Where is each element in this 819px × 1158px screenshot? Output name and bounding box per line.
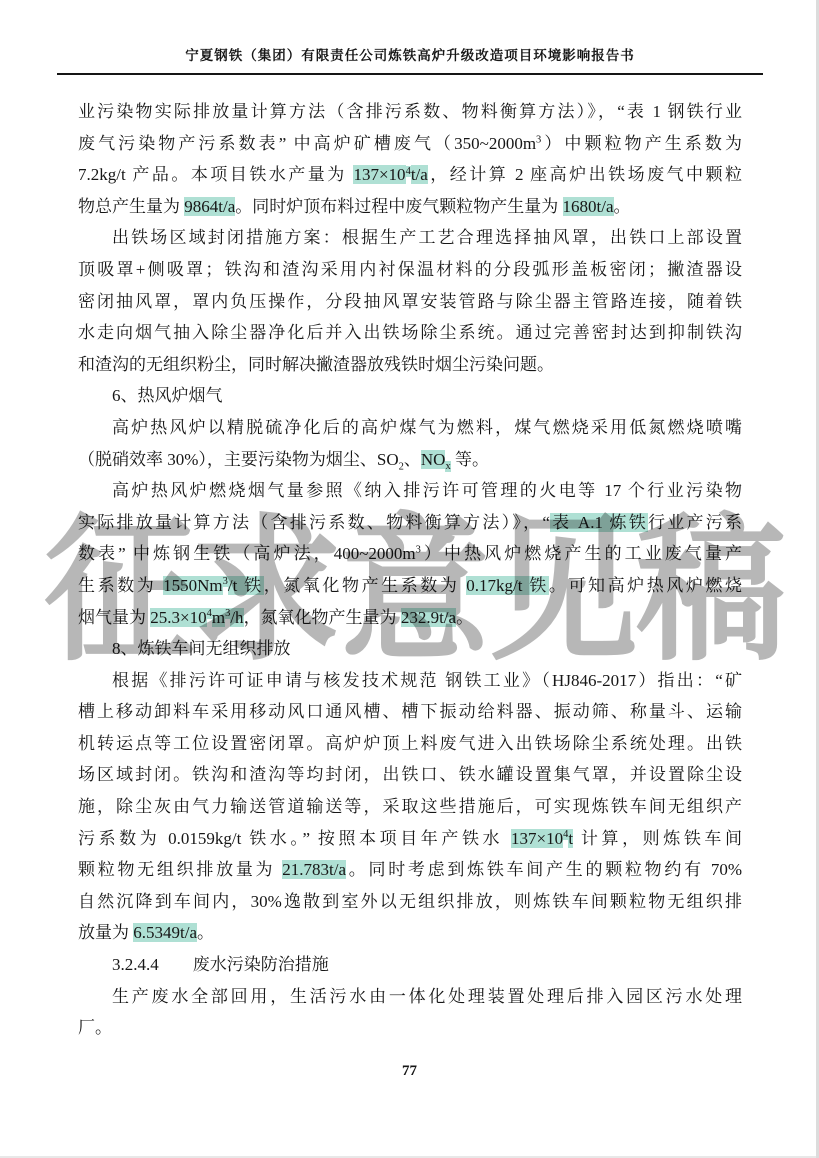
text-line: 自然沉降到车间内，30%逸散到室外以无组织排放，则炼铁车间颗粒物无组织排 [78, 886, 742, 918]
text-segment: 物总产生量为 [78, 197, 184, 216]
text-segment: 顶吸罩+侧吸罩；铁沟和渣沟采用内衬保温材料的分段弧形盖板密闭；撇渣器设 [78, 260, 742, 279]
text-segment: 槽上移动卸料车采用移动风口通风槽、槽下振动给料器、振动筛、称量斗、运输 [78, 702, 742, 721]
highlighted-value: 137×10 [353, 165, 405, 184]
text-line: 物总产生量为 9864t/a。同时炉顶布料过程中废气颗粒物产生量为 1680t/… [78, 191, 742, 223]
text-line: 机转运点等工位设置密闭罩。高炉炉顶上料废气进入出铁场除尘系统处理。出铁 [78, 728, 742, 760]
text-segment: 实际排放量计算方法（含排污系数、物料衡算方法）》，“ [78, 513, 550, 532]
text-line: 高炉热风炉以精脱硫净化后的高炉煤气为燃料，煤气燃烧采用低氮燃烧喷嘴 [78, 412, 742, 444]
text-segment: 机转运点等工位设置密闭罩。高炉炉顶上料废气进入出铁场除尘系统处理。出铁 [78, 734, 742, 753]
highlighted-value: 6.5349t/a [133, 923, 197, 942]
highlighted-value: NO [421, 450, 446, 469]
text-line: 厂。 [78, 1012, 742, 1044]
text-segment: 和渣沟的无组织粉尘，同时解决撇渣器放残铁时烟尘污染问题。 [78, 355, 554, 374]
text-segment: 水走向烟气抽入除尘器净化后并入出铁场除尘系统。通过完善密封达到抑制铁沟 [78, 323, 742, 342]
text-line: 业污染物实际排放量计算方法（含排污系数、物料衡算方法）》，“表 1 钢铁行业 [78, 96, 742, 128]
text-line: （脱硝效率 30%），主要污染物为烟尘、SO2、NOx 等。 [78, 444, 742, 476]
text-segment: ，氮氧化物产生量为 [244, 608, 401, 627]
highlighted-value: 25.3×10 [150, 608, 206, 627]
highlighted-value: 21.783t/a [282, 860, 346, 879]
text-segment: 场区域封闭。铁沟和渣沟等均封闭，出铁口、铁水罐设置集气罩，并设置除尘设 [78, 765, 742, 784]
text-segment: ，氮氧化物产生系数为 [264, 576, 467, 595]
document-body: 业污染物实际排放量计算方法（含排污系数、物料衡算方法）》，“表 1 钢铁行业废气… [78, 96, 742, 1044]
text-line: 废气污染物产污系数表” 中高炉矿槽废气（350~2000m3）中颗粒物产生系数为 [78, 128, 742, 160]
text-segment: 烟气量为 [78, 608, 150, 627]
highlighted-value: m [212, 608, 225, 627]
text-line: 6、热风炉烟气 [78, 380, 742, 412]
highlighted-value: 1550Nm [163, 576, 223, 595]
text-line: 生产废水全部回用，生活污水由一体化处理装置处理后排入园区污水处理 [78, 981, 742, 1013]
page-number: 77 [0, 1063, 819, 1080]
text-segment: （脱硝效率 30%），主要污染物为烟尘、SO [78, 450, 399, 469]
document-page: 宁夏钢铁（集团）有限责任公司炼铁高炉升级改造项目环境影响报告书 征求意见稿 业污… [0, 0, 819, 1158]
text-segment: 3.2.4.4 [112, 955, 159, 974]
highlighted-value: 1680t/a [563, 197, 614, 216]
highlighted-value: 9864t/a [184, 197, 235, 216]
text-line: 槽上移动卸料车采用移动风口通风槽、槽下振动给料器、振动筛、称量斗、运输 [78, 696, 742, 728]
text-segment: 6、热风炉烟气 [112, 386, 223, 405]
text-line: 和渣沟的无组织粉尘，同时解决撇渣器放残铁时烟尘污染问题。 [78, 349, 742, 381]
highlighted-value: 232.9t/a [401, 608, 456, 627]
text-segment: 数表” 中炼钢生铁（高炉法，400~2000m [78, 544, 416, 563]
text-segment: 废气污染物产污系数表” 中高炉矿槽废气（350~2000m [78, 134, 536, 153]
highlighted-value: /t 铁 [228, 576, 264, 595]
text-line: 顶吸罩+侧吸罩；铁沟和渣沟采用内衬保温材料的分段弧形盖板密闭；撇渣器设 [78, 254, 742, 286]
text-segment: 行业产污系 [648, 513, 742, 532]
text-segment: 废水污染防治措施 [193, 955, 329, 974]
text-segment: 。可知高炉热风炉燃烧 [549, 576, 742, 595]
text-line: 根据《排污许可证申请与核发技术规范 钢铁工业》（HJ846-2017）指出：“矿 [78, 665, 742, 697]
text-line: 场区域封闭。铁沟和渣沟等均封闭，出铁口、铁水罐设置集气罩，并设置除尘设 [78, 759, 742, 791]
text-segment: 放量为 [78, 923, 133, 942]
text-line: 实际排放量计算方法（含排污系数、物料衡算方法）》，“表 A.1 炼铁行业产污系 [78, 507, 742, 539]
text-line: 放量为 6.5349t/a。 [78, 917, 742, 949]
text-segment: 。 [197, 923, 214, 942]
highlighted-value: t/a [411, 165, 428, 184]
text-segment: 计算，则炼铁车间 [573, 829, 742, 848]
text-line: 出铁场区域封闭措施方案：根据生产工艺合理选择抽风罩，出铁口上部设置 [78, 222, 742, 254]
text-segment: 自然沉降到车间内，30%逸散到室外以无组织排放，则炼铁车间颗粒物无组织排 [78, 892, 742, 911]
text-line: 施，除尘灰由气力输送管道输送等，采取这些措施后，可实现炼铁车间无组织产 [78, 791, 742, 823]
highlighted-value: 表 A.1 炼铁 [550, 513, 648, 532]
text-segment: 生产废水全部回用，生活污水由一体化处理装置处理后排入园区污水处理 [112, 987, 742, 1006]
header-title: 宁夏钢铁（集团）有限责任公司炼铁高炉升级改造项目环境影响报告书 [57, 44, 763, 75]
text-segment: 、 [404, 450, 421, 469]
text-segment: ）中颗粒物产生系数为 [541, 134, 742, 153]
text-line: 水走向烟气抽入除尘器净化后并入出铁场除尘系统。通过完善密封达到抑制铁沟 [78, 317, 742, 349]
text-segment: ）中热风炉燃烧产生的工业废气量产 [421, 544, 742, 563]
text-segment: 。同时考虑到炼铁车间产生的颗粒物约有 70% [346, 860, 742, 879]
text-segment: 根据《排污许可证申请与核发技术规范 钢铁工业》（HJ846-2017）指出：“矿 [112, 671, 742, 690]
text-segment: 厂。 [78, 1018, 112, 1037]
text-segment: 高炉热风炉以精脱硫净化后的高炉煤气为燃料，煤气燃烧采用低氮燃烧喷嘴 [112, 418, 742, 437]
text-segment: 。 [456, 608, 473, 627]
text-line: 3.2.4.4 废水污染防治措施 [78, 949, 742, 981]
text-segment: 高炉热风炉燃烧烟气量参照《纳入排污许可管理的火电等 17 个行业污染物 [112, 481, 742, 500]
text-segment: 。同时炉顶布料过程中废气颗粒物产生量为 [235, 197, 562, 216]
text-line: 密闭抽风罩，罩内负压操作，分段抽风罩安装管路与除尘器主管路连接，随着铁 [78, 286, 742, 318]
text-segment: 业污染物实际排放量计算方法（含排污系数、物料衡算方法）》，“表 1 钢铁行业 [78, 102, 742, 121]
text-line: 数表” 中炼钢生铁（高炉法，400~2000m3）中热风炉燃烧产生的工业废气量产 [78, 538, 742, 570]
highlighted-value: 0.17kg/t 铁 [466, 576, 549, 595]
highlighted-value: /h [230, 608, 243, 627]
text-segment: 出铁场区域封闭措施方案：根据生产工艺合理选择抽风罩，出铁口上部设置 [112, 228, 742, 247]
text-segment: 生系数为 [78, 576, 163, 595]
text-segment: 密闭抽风罩，罩内负压操作，分段抽风罩安装管路与除尘器主管路连接，随着铁 [78, 292, 742, 311]
text-segment [159, 955, 193, 974]
text-segment: 。 [614, 197, 631, 216]
text-line: 生系数为 1550Nm3/t 铁，氮氧化物产生系数为 0.17kg/t 铁。可知… [78, 570, 742, 602]
text-line: 烟气量为 25.3×104m3/h，氮氧化物产生量为 232.9t/a。 [78, 602, 742, 634]
text-line: 7.2kg/t 产品。本项目铁水产量为 137×104t/a，经计算 2 座高炉… [78, 159, 742, 191]
text-line: 污系数为 0.0159kg/t 铁水。” 按照本项目年产铁水 137×104t … [78, 823, 742, 855]
text-line: 8、炼铁车间无组织排放 [78, 633, 742, 665]
text-segment: 等。 [451, 450, 489, 469]
text-line: 高炉热风炉燃烧烟气量参照《纳入排污许可管理的火电等 17 个行业污染物 [78, 475, 742, 507]
text-segment: 8、炼铁车间无组织排放 [112, 639, 291, 658]
text-segment: ，经计算 2 座高炉出铁场废气中颗粒 [428, 165, 742, 184]
text-segment: 颗粒物无组织排放量为 [78, 860, 282, 879]
text-segment: 施，除尘灰由气力输送管道输送等，采取这些措施后，可实现炼铁车间无组织产 [78, 797, 742, 816]
text-segment: 7.2kg/t 产品。本项目铁水产量为 [78, 165, 353, 184]
highlighted-value: 137×10 [511, 829, 563, 848]
text-segment: 污系数为 0.0159kg/t 铁水。” 按照本项目年产铁水 [78, 829, 511, 848]
text-line: 颗粒物无组织排放量为 21.783t/a。同时考虑到炼铁车间产生的颗粒物约有 7… [78, 854, 742, 886]
